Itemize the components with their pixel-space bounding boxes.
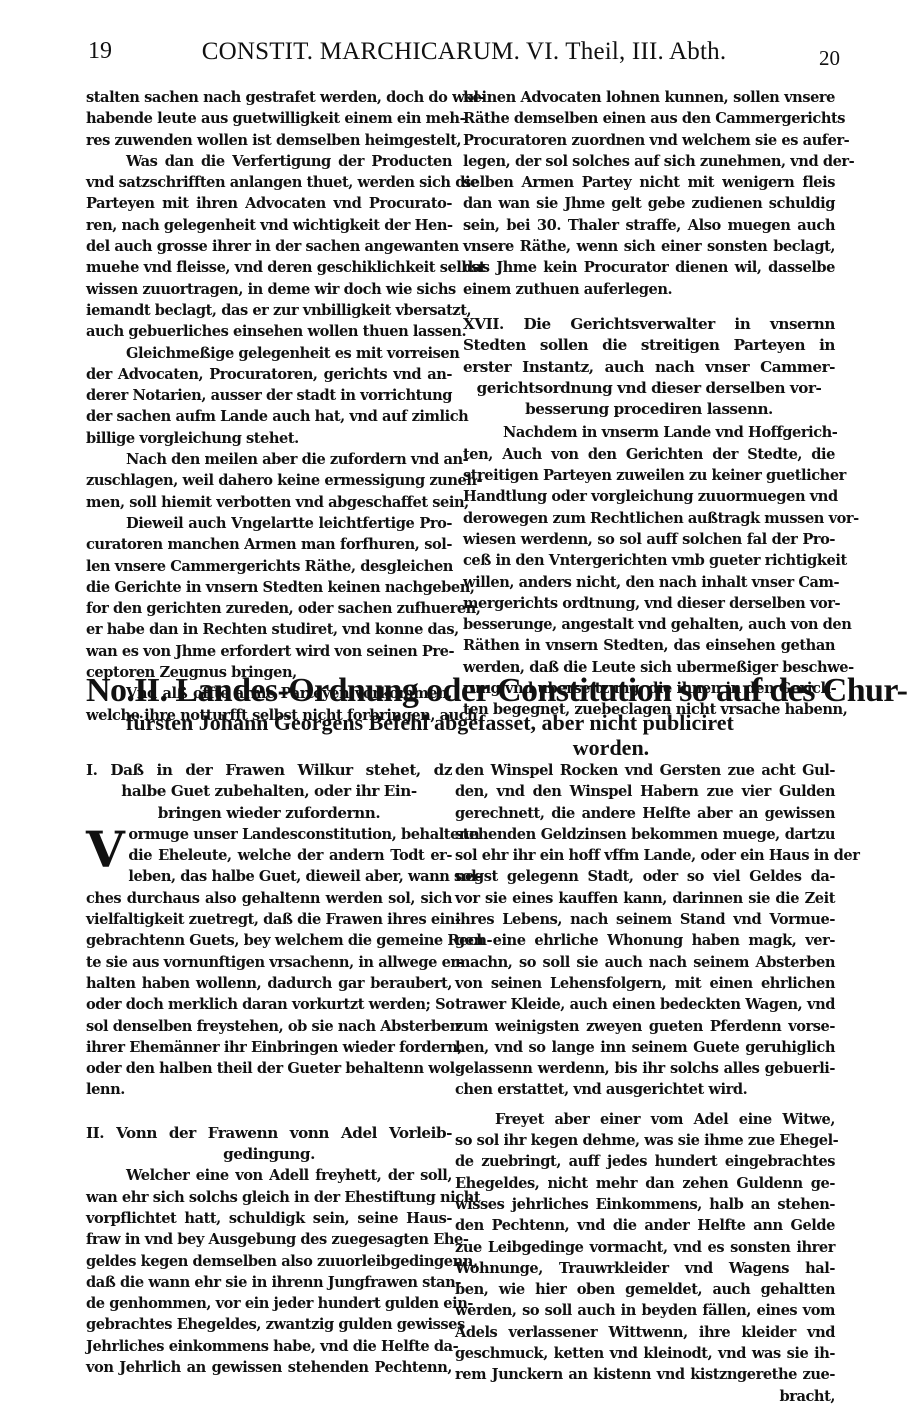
text-line: gebrachtes Ehegeldes, zwantzig gulden ge… bbox=[86, 1314, 452, 1335]
running-title: CONSTIT. MARCHICARUM. VI. Theil, III. Ab… bbox=[88, 38, 840, 66]
text-line: gen eine ehrliche Whonung haben magk, ve… bbox=[455, 930, 835, 951]
text-line: rem Junckern an kistenn vnd kistzngereth… bbox=[455, 1364, 835, 1385]
text-line: den Winspel Rocken vnd Gersten zue acht … bbox=[455, 760, 835, 781]
heading-line: erster Instantz, auch nach vnser Cammer- bbox=[463, 357, 835, 378]
text-line: Nach den meilen aber die zufordern vnd a… bbox=[86, 449, 452, 470]
text-line: Gleichmeßige gelegenheit es mit vorreise… bbox=[86, 343, 452, 364]
text-line: iemandt beclagt, das er zur vnbilligkeit… bbox=[86, 300, 452, 321]
text-line: gerechnett, die andere Helfte aber an ge… bbox=[455, 803, 835, 824]
text-line: res zuwenden wollen ist demselben heimge… bbox=[86, 130, 452, 151]
text-line: Ehegeldes, nicht mehr dan zehen Guldenn … bbox=[455, 1173, 835, 1194]
text-line: halten haben wollenn, dadurch gar beraub… bbox=[86, 973, 452, 994]
text-line: die Eheleute, welche der andern Todt er- bbox=[86, 845, 452, 866]
text-line: vnd satzschrifften anlangen thuet, werde… bbox=[86, 172, 452, 193]
text-line: keinen Advocaten lohnen kunnen, sollen v… bbox=[463, 87, 835, 108]
text-line: sein, bei 30. Thaler straffe, Also muege… bbox=[463, 215, 835, 236]
heading-line: besserung procediren lassenn. bbox=[463, 399, 835, 420]
text-line: vnsere Räthe, wenn sich einer sonsten be… bbox=[463, 236, 835, 257]
text-line: von Jehrlich an gewissen stehenden Pecht… bbox=[86, 1357, 452, 1378]
heading-line: gerichtsordnung vnd dieser derselben vor… bbox=[463, 378, 835, 399]
section-title-line: fürsten Johann Georgens Befehl abgefasse… bbox=[86, 710, 836, 736]
text-line: del auch grosse ihrer in der sachen ange… bbox=[86, 236, 452, 257]
text-line: Was dan die Verfertigung der Producten bbox=[86, 151, 452, 172]
text-line: muehe vnd fleisse, vnd deren geschiklich… bbox=[86, 257, 452, 278]
text-line: daß die wann ehr sie in ihrenn Jungfrawe… bbox=[86, 1272, 452, 1293]
text-line: Dieweil auch Vngelartte leichtfertige Pr… bbox=[86, 513, 452, 534]
left-column-bottom: I. Daß in der Frawen Wilkur stehet, dz h… bbox=[86, 760, 452, 1378]
text-line: wan es von Jhme erfordert wird von seine… bbox=[86, 641, 452, 662]
text-line: ormuge unser Landesconstitution, behalte… bbox=[86, 824, 452, 845]
text-line: leben, das halbe Guet, dieweil aber, wan… bbox=[86, 866, 452, 887]
text-line: er habe dan in Rechten studiret, vnd kon… bbox=[86, 619, 452, 640]
text-line: ben, wie hier oben gemeldet, auch gehalt… bbox=[455, 1279, 835, 1300]
left-column-top: stalten sachen nach gestrafet werden, do… bbox=[86, 87, 452, 726]
text-line: ches durchaus also gehaltenn werden sol,… bbox=[86, 888, 452, 909]
text-line: oder doch merklich daran vorkurtzt werde… bbox=[86, 994, 452, 1015]
text-line: men, soll hiemit verbotten vnd abgeschaf… bbox=[86, 492, 452, 513]
paragraph-gap bbox=[455, 1101, 835, 1109]
text-line: wan ehr sich solchs gleich in der Ehesti… bbox=[86, 1187, 452, 1208]
text-line: der Advocaten, Procuratoren, gerichts vn… bbox=[86, 364, 452, 385]
article-heading-ii: II. Vonn der Frawenn vonn Adel Vorleib- … bbox=[86, 1123, 452, 1166]
text-line: ceß in den Vntergerichten vmb gueter ric… bbox=[463, 550, 835, 571]
text-line: Adels verlassener Wittwenn, ihre kleider… bbox=[455, 1322, 835, 1343]
text-line: derer Notarien, ausser der stadt in vorr… bbox=[86, 385, 452, 406]
text-line: gebrachtenn Guets, bey welchem die gemei… bbox=[86, 930, 452, 951]
page-number-right: 20 bbox=[819, 46, 840, 71]
text-line: zuschlagen, weil dahero keine ermessigun… bbox=[86, 470, 452, 491]
text-line: Handtlung oder vorgleichung zuuormuegen … bbox=[463, 486, 835, 507]
text-line: trawer Kleide, auch einen bedeckten Wage… bbox=[455, 994, 835, 1015]
text-line: zue Leibgedinge vormacht, vnd es sonsten… bbox=[455, 1237, 835, 1258]
text-line: das Jhme kein Procurator dienen wil, das… bbox=[463, 257, 835, 278]
text-line: len vnsere Cammergerichts Räthe, desglei… bbox=[86, 556, 452, 577]
text-line: chen erstattet, vnd ausgerichtet wird. bbox=[455, 1079, 835, 1100]
text-line: stalten sachen nach gestrafet werden, do… bbox=[86, 87, 452, 108]
running-head: 19 CONSTIT. MARCHICARUM. VI. Theil, III.… bbox=[88, 38, 840, 74]
text-line: stehenden Geldzinsen bekommen muege, dar… bbox=[455, 824, 835, 845]
text-line: hen, vnd so lange inn seinem Guete geruh… bbox=[455, 1037, 835, 1058]
text-line: den Pechtenn, vnd die ander Helfte ann G… bbox=[455, 1215, 835, 1236]
text-line: curatoren manchen Armen man forfhuren, s… bbox=[86, 534, 452, 555]
text-line: Wohnunge, Trauwrkleider vnd Wagens hal- bbox=[455, 1258, 835, 1279]
section-title-line: No.II. Landes-Ordnung oder Constitution … bbox=[86, 672, 836, 710]
text-line: habende leute aus guetwilligkeit einem e… bbox=[86, 108, 452, 129]
heading-line: bringen wieder zufordernn. bbox=[86, 803, 452, 824]
text-line: derowegen zum Rechtlichen außtragk musse… bbox=[463, 508, 835, 529]
text-line: machn, so soll sie auch nach seinem Abst… bbox=[455, 952, 835, 973]
right-column-bottom: den Winspel Rocken vnd Gersten zue acht … bbox=[455, 760, 835, 1407]
text-line: sol ehr ihr ein hoff vffm Lande, oder ei… bbox=[455, 845, 835, 866]
heading-line: Stedten sollen die streitigen Parteyen i… bbox=[463, 335, 835, 356]
text-line: ihres Lebens, nach seinem Stand vnd Vorm… bbox=[455, 909, 835, 930]
text-line: vielfaltigkeit zuetregt, daß die Frawen … bbox=[86, 909, 452, 930]
text-line: Welcher eine von Adell freyhett, der sol… bbox=[86, 1165, 452, 1186]
article-heading-i: I. Daß in der Frawen Wilkur stehet, dz h… bbox=[86, 760, 452, 824]
text-line: Räthen in vnsern Stedten, das einsehen g… bbox=[463, 635, 835, 656]
text-line: fraw in vnd bey Ausgebung des zuegesagte… bbox=[86, 1229, 452, 1250]
section-title: No.II. Landes-Ordnung oder Constitution … bbox=[86, 672, 836, 760]
section-title-line: worden. bbox=[86, 736, 836, 760]
text-line: so sol ihr kegen dehme, was sie ihme zue… bbox=[455, 1130, 835, 1151]
text-line: dan wan sie Jhme gelt gebe zudienen schu… bbox=[463, 193, 835, 214]
text-line: besserunge, angestalt vnd gehalten, auch… bbox=[463, 614, 835, 635]
heading-line: II. Vonn der Frawenn vonn Adel Vorleib- bbox=[86, 1123, 452, 1144]
text-line: vor sie eines kauffen kann, darinnen sie… bbox=[455, 888, 835, 909]
text-line: einem zuthuen auferlegen. bbox=[463, 279, 835, 300]
text-line: de zuebringt, auff jedes hundert eingebr… bbox=[455, 1151, 835, 1172]
text-line: werden, so soll auch in beyden fällen, e… bbox=[455, 1300, 835, 1321]
text-line: de genhommen, vor ein jeder hundert guld… bbox=[86, 1293, 452, 1314]
text-line: billige vorgleichung stehet. bbox=[86, 428, 452, 449]
text-line: ten, Auch von den Gerichten der Stedte, … bbox=[463, 444, 835, 465]
text-line: den, vnd den Winspel Habern zue vier Gul… bbox=[455, 781, 835, 802]
heading-line: halbe Guet zubehalten, oder ihr Ein- bbox=[86, 781, 452, 802]
text-line: ihrer Ehemänner ihr Einbringen wieder fo… bbox=[86, 1037, 452, 1058]
text-line: mergerichts ordtnung, vnd dieser derselb… bbox=[463, 593, 835, 614]
text-line: sol denselben freystehen, ob sie nach Ab… bbox=[86, 1016, 452, 1037]
text-line: bracht, bbox=[455, 1386, 835, 1407]
text-line: ren, nach gelegenheit vnd wichtigkeit de… bbox=[86, 215, 452, 236]
text-line: Jehrliches einkommens habe, vnd die Helf… bbox=[86, 1336, 452, 1357]
text-line: von seinen Lehensfolgern, mit einen ehrl… bbox=[455, 973, 835, 994]
heading-line: XVII. Die Gerichtsverwalter in vnsernn bbox=[463, 314, 835, 335]
text-line: geldes kegen demselben also zuuorleibged… bbox=[86, 1251, 452, 1272]
text-line: wisses jehrliches Einkommens, halb an st… bbox=[455, 1194, 835, 1215]
text-line: Räthe demselben einen aus den Cammergeri… bbox=[463, 108, 835, 129]
text-line: Procuratoren zuordnen vnd welchem sie es… bbox=[463, 130, 835, 151]
text-line: geschmuck, ketten vnd kleinodt, vnd was … bbox=[455, 1343, 835, 1364]
text-line: legen, der sol solches auf sich zunehmen… bbox=[463, 151, 835, 172]
text-line: wissen zuuortragen, in deme wir doch wie… bbox=[86, 279, 452, 300]
text-line: negst gelegenn Stadt, oder so viel Gelde… bbox=[455, 866, 835, 887]
text-line: der sachen aufm Lande auch hat, vnd auf … bbox=[86, 406, 452, 427]
text-line: die Gerichte in vnsern Stedten keinen na… bbox=[86, 577, 452, 598]
text-line: auch gebuerliches einsehen wollen thuen … bbox=[86, 321, 452, 342]
text-line: wiesen werdenn, so sol auff solchen fal … bbox=[463, 529, 835, 550]
text-line: zum weinigsten zweyen gueten Pferdenn vo… bbox=[455, 1016, 835, 1037]
text-line: Freyet aber einer vom Adel eine Witwe, bbox=[455, 1109, 835, 1130]
text-line: te sie aus vornunftigen vrsachenn, in al… bbox=[86, 952, 452, 973]
article-heading-xvii: XVII. Die Gerichtsverwalter in vnsernn S… bbox=[463, 314, 835, 420]
book-page: 19 CONSTIT. MARCHICARUM. VI. Theil, III.… bbox=[0, 0, 908, 1408]
text-line: gelassenn werdenn, bis ihr solchs alles … bbox=[455, 1058, 835, 1079]
text-line: lenn. bbox=[86, 1079, 452, 1100]
text-line: oder den halben theil der Gueter behalte… bbox=[86, 1058, 452, 1079]
text-line: for den gerichten zureden, oder sachen z… bbox=[86, 598, 452, 619]
heading-line: gedingung. bbox=[86, 1144, 452, 1165]
right-column-top: keinen Advocaten lohnen kunnen, sollen v… bbox=[463, 87, 835, 721]
text-line: Parteyen mit ihren Advocaten vnd Procura… bbox=[86, 193, 452, 214]
heading-line: I. Daß in der Frawen Wilkur stehet, dz bbox=[86, 760, 452, 781]
text-line: Nachdem in vnserm Lande vnd Hoffgerich- bbox=[463, 422, 835, 443]
text-line: vorpflichtet hatt, schuldigk sein, seine… bbox=[86, 1208, 452, 1229]
drop-cap: V bbox=[86, 828, 124, 872]
text-line: selben Armen Partey nicht mit wenigern f… bbox=[463, 172, 835, 193]
text-line: willen, anders nicht, den nach inhalt vn… bbox=[463, 572, 835, 593]
text-line: streitigen Parteyen zuweilen zu keiner g… bbox=[463, 465, 835, 486]
